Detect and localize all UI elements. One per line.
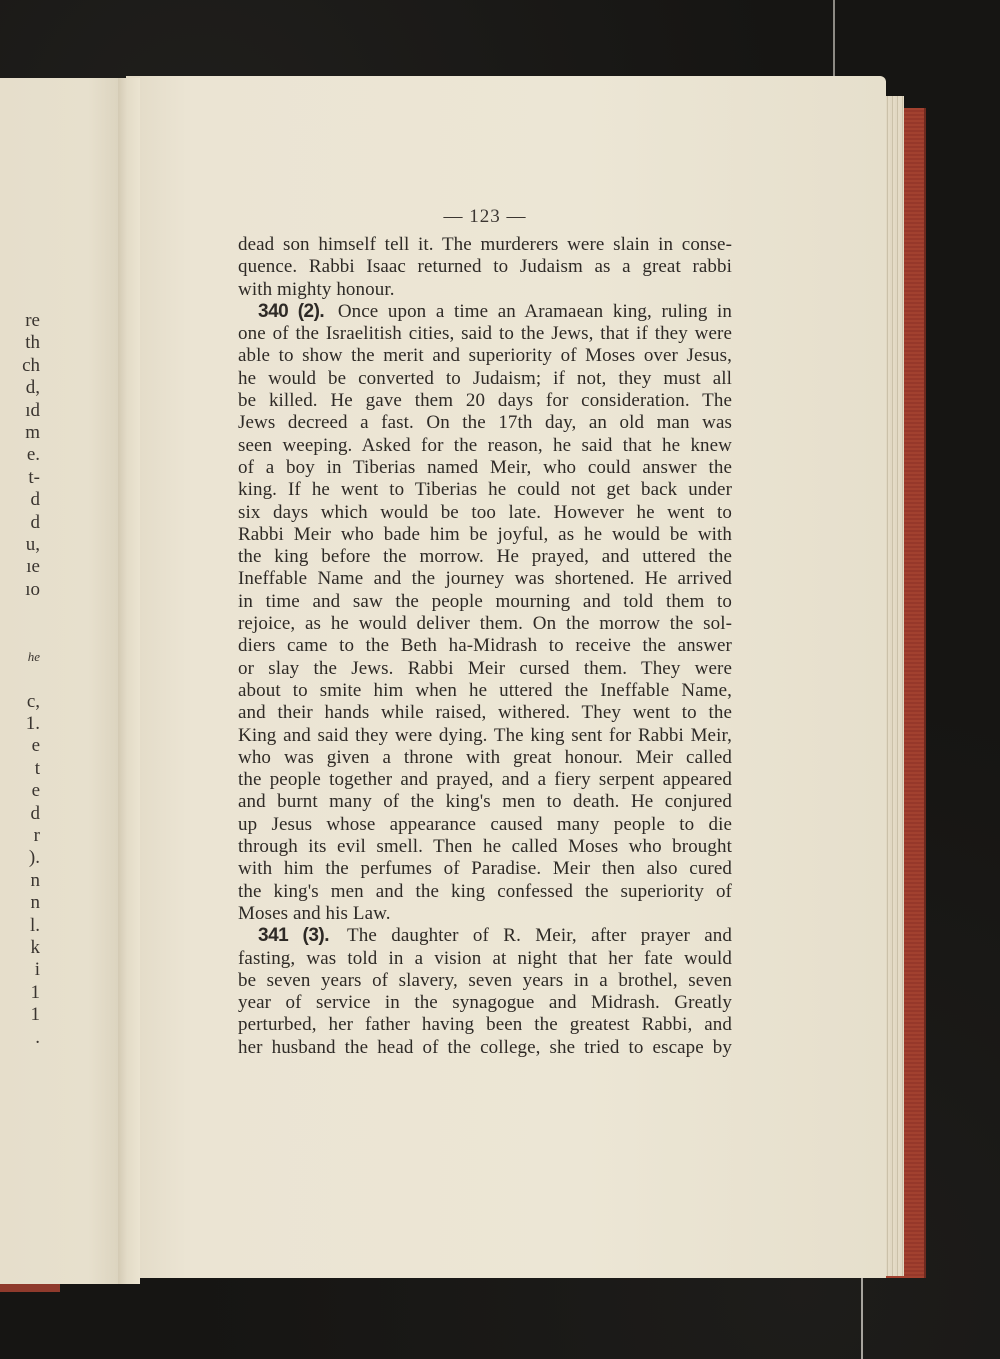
text-line: be killed. He gave them 20 days for cons… [238, 390, 732, 412]
text-line: Moses and his Law. [238, 903, 732, 925]
text-line: perturbed, her father having been the gr… [238, 1014, 732, 1036]
left-page-fragment: ıe [0, 556, 40, 578]
text-line: 341 (3). The daughter of R. Meir, after … [238, 925, 732, 947]
text-line: he would be converted to Judaism; if not… [238, 368, 732, 390]
text-line: in time and saw the people mourning and … [238, 591, 732, 613]
text-line: one of the Israelitish cities, said to t… [238, 323, 732, 345]
text-line: king. If he went to Tiberias he could no… [238, 479, 732, 501]
text-line: King and said they were dying. The king … [238, 725, 732, 747]
page-number: — 123 — [238, 200, 732, 234]
left-page-fragment: e. [0, 444, 40, 466]
left-page-fragment: d [0, 512, 40, 534]
left-page-fragment: re [0, 310, 40, 332]
text-line: seen weeping. Asked for the reason, he s… [238, 435, 732, 457]
text-line: and burnt many of the king's men to deat… [238, 791, 732, 813]
left-page-fragment [0, 601, 40, 623]
text-line: with mighty honour. [238, 279, 732, 301]
text-line: be seven years of slavery, seven years i… [238, 970, 732, 992]
left-page-fragment: e [0, 735, 40, 757]
left-page-fragment: 1. [0, 713, 40, 735]
text-line: year of service in the synagogue and Mid… [238, 992, 732, 1014]
paragraph-340: 340 (2). Once upon a time an Aramaean ki… [238, 301, 732, 925]
text-line: Jews decreed a fast. On the 17th day, an… [238, 412, 732, 434]
text-line: the people together and prayed, and a fi… [238, 769, 732, 791]
text-line: Rabbi Meir who bade him be joyful, as he… [238, 524, 732, 546]
left-page-fragment: i [0, 959, 40, 981]
text-line: quence. Rabbi Isaac returned to Judaism … [238, 256, 732, 278]
left-page-fragment: r [0, 825, 40, 847]
left-page-fragment: he [0, 646, 40, 668]
text-line: fasting, was told in a vision at night t… [238, 948, 732, 970]
text-line: of a boy in Tiberias named Meir, who cou… [238, 457, 732, 479]
paragraph-number: 341 (3). [258, 925, 329, 946]
left-page-fragment: 1 [0, 982, 40, 1004]
left-page-fragment: l. [0, 915, 40, 937]
left-page-fragment: d [0, 803, 40, 825]
left-page-fragment: e [0, 780, 40, 802]
text-line: Ineffable Name and the journey was short… [238, 568, 732, 590]
text-line: the king before the morrow. He prayed, a… [238, 546, 732, 568]
text-line: dead son himself tell it. The murderers … [238, 234, 732, 256]
text-line: able to show the merit and superiority o… [238, 345, 732, 367]
text-line: 340 (2). Once upon a time an Aramaean ki… [238, 301, 732, 323]
left-page-fragment: t- [0, 467, 40, 489]
left-page-fragment: 1 [0, 1004, 40, 1026]
left-page-fragment: . [0, 1027, 40, 1049]
left-page-fragment: ). [0, 847, 40, 869]
paragraph-continuation: dead son himself tell it. The murderers … [238, 234, 732, 301]
left-page-fragment: ch [0, 355, 40, 377]
book-gutter [118, 78, 140, 1284]
page-content: — 123 — dead son himself tell it. The mu… [238, 200, 732, 1059]
left-page-fragment: k [0, 937, 40, 959]
text-line: or slay the Jews. Rabbi Meir cursed them… [238, 658, 732, 680]
text-line: and their hands while raised, withered. … [238, 702, 732, 724]
left-page-fragment [0, 668, 40, 690]
left-page-fragment: t [0, 758, 40, 780]
left-page-fragment: u, [0, 534, 40, 556]
left-page-fragment: n [0, 892, 40, 914]
paragraph-341: 341 (3). The daughter of R. Meir, after … [238, 925, 732, 1059]
left-page-fragment: d, [0, 377, 40, 399]
left-page-fragment: n [0, 870, 40, 892]
left-page-fragment: th [0, 332, 40, 354]
left-page-fragment [0, 623, 40, 645]
text-line: up Jesus whose appearance caused many pe… [238, 814, 732, 836]
left-page: rethchd,ıdme.t-ddu,ıeıohec,1.etedr).nnl.… [0, 78, 126, 1284]
left-page-fragment: ıo [0, 579, 40, 601]
text-line: the king's men and the king confessed th… [238, 881, 732, 903]
text-line: with him the perfumes of Paradise. Meir … [238, 858, 732, 880]
left-page-fragment: ıd [0, 400, 40, 422]
left-page-fragment: d [0, 489, 40, 511]
text-line: diers came to the Beth ha-Midrash to rec… [238, 635, 732, 657]
text-line: her husband the head of the college, she… [238, 1037, 732, 1059]
text-line: who was given a throne with great honour… [238, 747, 732, 769]
text-line: rejoice, as he would deliver them. On th… [238, 613, 732, 635]
text-line: about to smite him when he uttered the I… [238, 680, 732, 702]
scanner-clip-line-bottom [861, 1278, 863, 1359]
text-line: through its evil smell. Then he called M… [238, 836, 732, 858]
left-page-fragment: m [0, 422, 40, 444]
paragraph-number: 340 (2). [258, 301, 324, 322]
text-line: six days which would be too late. Howeve… [238, 502, 732, 524]
left-page-text-fragments: rethchd,ıdme.t-ddu,ıeıohec,1.etedr).nnl.… [0, 310, 40, 1049]
left-page-fragment: c, [0, 691, 40, 713]
